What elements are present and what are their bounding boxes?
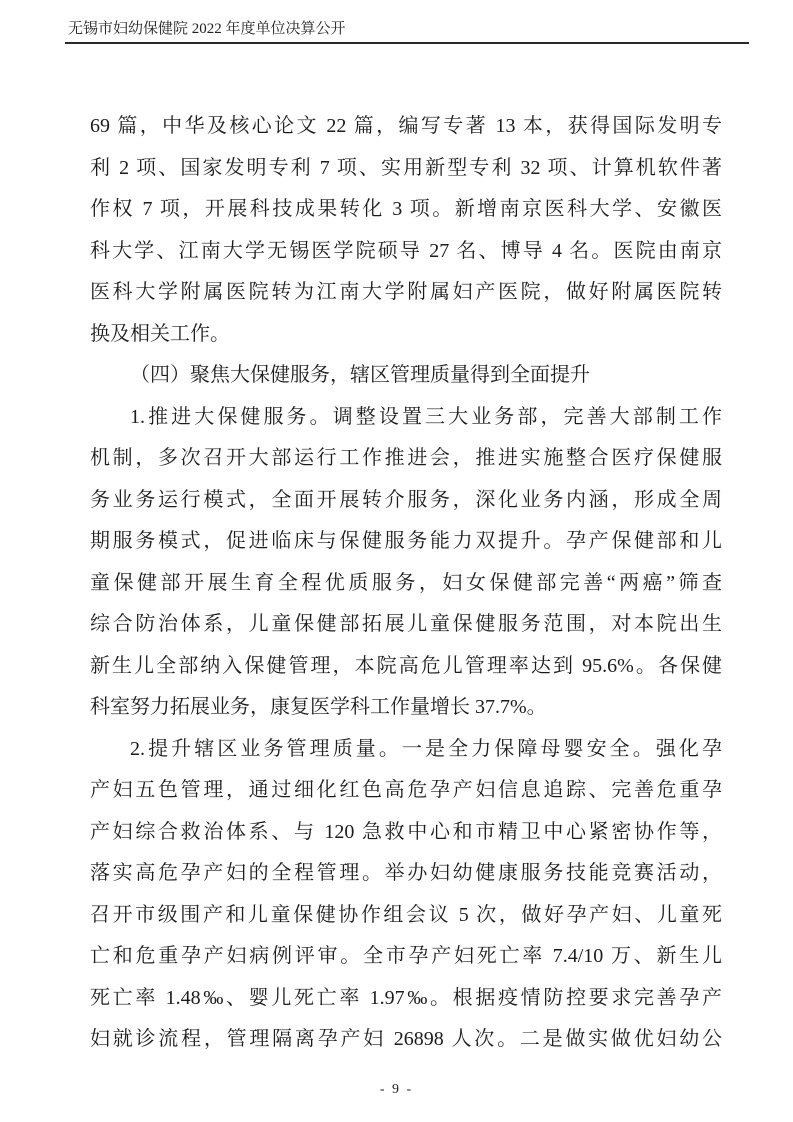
text-line: 死亡率 1.48‰、婴儿死亡率 1.97‰。根据疫情防控要求完善孕产 (90, 978, 722, 1020)
text-line: 科大学、江南大学无锡医学院硕导 27 名、博导 4 名。医院由南京 (90, 231, 722, 273)
document-body: 69 篇，中华及核心论文 22 篇，编写专著 13 本，获得国际发明专 利 2 … (90, 106, 722, 1061)
header-rule (65, 42, 749, 44)
text-line: 产妇综合救治体系、与 120 急救中心和市精卫中心紧密协作等， (90, 812, 722, 854)
text-line: 亡和危重孕产妇病例评审。全市孕产妇死亡率 7.4/10 万、新生儿 (90, 936, 722, 978)
text-line: 机制，多次召开大部运行工作推进会，推进实施整合医疗保健服 (90, 438, 722, 480)
page-header: 无锡市妇幼保健院 2022 年度单位决算公开 (65, 20, 749, 52)
text-line: 召开市级围产和儿童保健协作组会议 5 次，做好孕产妇、儿童死 (90, 895, 722, 937)
text-line: 产妇五色管理，通过细化红色高危孕产妇信息追踪、完善危重孕 (90, 770, 722, 812)
document-page: 无锡市妇幼保健院 2022 年度单位决算公开 69 篇，中华及核心论文 22 篇… (0, 0, 793, 1122)
text-line: 落实高危孕产妇的全程管理。举办妇幼健康服务技能竞赛活动， (90, 853, 722, 895)
text-line: 综合防治体系，儿童保健部拓展儿童保健服务范围，对本院出生 (90, 604, 722, 646)
page-number: - 9 - (380, 1082, 413, 1097)
page-footer: - 9 - (0, 1080, 793, 1098)
text-line: 作权 7 项，开展科技成果转化 3 项。新增南京医科大学、安徽医 (90, 189, 722, 231)
text-line: 69 篇，中华及核心论文 22 篇，编写专著 13 本，获得国际发明专 (90, 106, 722, 148)
text-line: 期服务模式，促进临床与保健服务能力双提升。孕产保健部和儿 (90, 521, 722, 563)
text-line: 新生儿全部纳入保健管理，本院高危儿管理率达到 95.6%。各保健 (90, 646, 722, 688)
text-line: 2.提升辖区业务管理质量。一是全力保障母婴安全。强化孕 (90, 729, 722, 771)
text-line: 妇就诊流程，管理隔离孕产妇 26898 人次。二是做实做优妇幼公 (90, 1019, 722, 1061)
text-line: 务业务运行模式，全面开展转介服务，深化业务内涵，形成全周 (90, 480, 722, 522)
text-line: 换及相关工作。 (90, 314, 722, 356)
text-line: 1.推进大保健服务。调整设置三大业务部，完善大部制工作 (90, 397, 722, 439)
text-line: 医科大学附属医院转为江南大学附属妇产医院，做好附属医院转 (90, 272, 722, 314)
header-title: 无锡市妇幼保健院 2022 年度单位决算公开 (65, 20, 749, 38)
section-heading: （四）聚焦大保健服务，辖区管理质量得到全面提升 (90, 355, 722, 397)
text-line: 利 2 项、国家发明专利 7 项、实用新型专利 32 项、计算机软件著 (90, 148, 722, 190)
text-line: 科室努力拓展业务，康复医学科工作量增长 37.7%。 (90, 687, 722, 729)
text-line: 童保健部开展生育全程优质服务，妇女保健部完善“两癌”筛查 (90, 563, 722, 605)
